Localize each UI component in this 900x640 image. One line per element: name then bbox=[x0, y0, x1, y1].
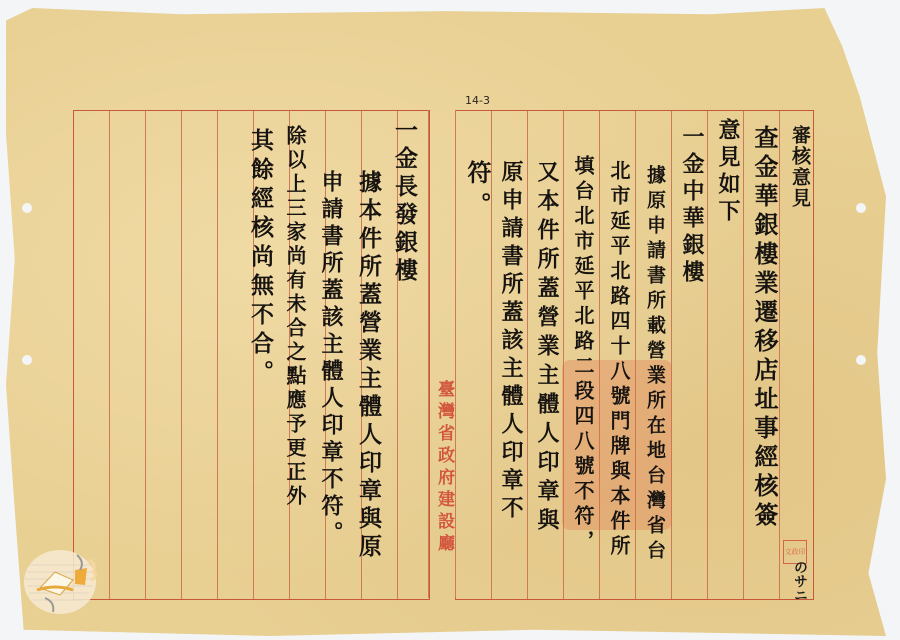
text-column: 除以上三家尚有未合之點應予更正外 bbox=[285, 125, 305, 509]
book-map-logo-icon bbox=[15, 540, 115, 620]
rule-line bbox=[181, 111, 182, 599]
margin-note: のサニ bbox=[790, 560, 810, 602]
rule-line bbox=[527, 111, 528, 599]
text-column: 又本件所蓋營業主體人印章與 bbox=[536, 160, 558, 537]
text-column: 符。 bbox=[465, 160, 489, 224]
rule-line bbox=[109, 111, 110, 599]
rule-line bbox=[217, 111, 218, 599]
text-column: 其餘經核尚無不合。 bbox=[249, 128, 272, 389]
binding-hole bbox=[22, 355, 32, 365]
text-column: 申請書所蓋該主體人印章不符。 bbox=[320, 170, 342, 548]
center-strip-line bbox=[428, 110, 429, 598]
text-column: 據原申請書所載營業所在地台灣省台 bbox=[645, 165, 664, 565]
rule-line bbox=[145, 111, 146, 599]
text-column: 審核意見 bbox=[790, 125, 809, 209]
text-column: 據本件所蓋營業主體人印章與原 bbox=[357, 170, 380, 562]
text-column: 意見如下 bbox=[717, 118, 739, 226]
page-number: 14-3 bbox=[465, 94, 490, 107]
binding-hole bbox=[22, 203, 32, 213]
text-column: 查金華銀樓業遷移店址事經核簽 bbox=[752, 125, 776, 531]
binding-hole bbox=[856, 203, 866, 213]
text-column: 一金長發銀樓 bbox=[393, 118, 416, 286]
text-column: 北市延平北路四十八號門牌與本件所 bbox=[609, 160, 629, 560]
rule-line bbox=[707, 111, 708, 599]
text-column: 一金中華銀樓 bbox=[681, 125, 703, 287]
letterhead-text: 臺灣省政府建設廳 bbox=[432, 380, 457, 556]
binding-hole bbox=[856, 355, 866, 365]
rule-line bbox=[743, 111, 744, 599]
rule-line bbox=[779, 111, 780, 599]
text-column: 原申請書所蓋該主體人印章不 bbox=[500, 160, 522, 524]
text-column: 填台北市延平北路二段四八號不符， bbox=[573, 155, 593, 555]
rule-line bbox=[671, 111, 672, 599]
